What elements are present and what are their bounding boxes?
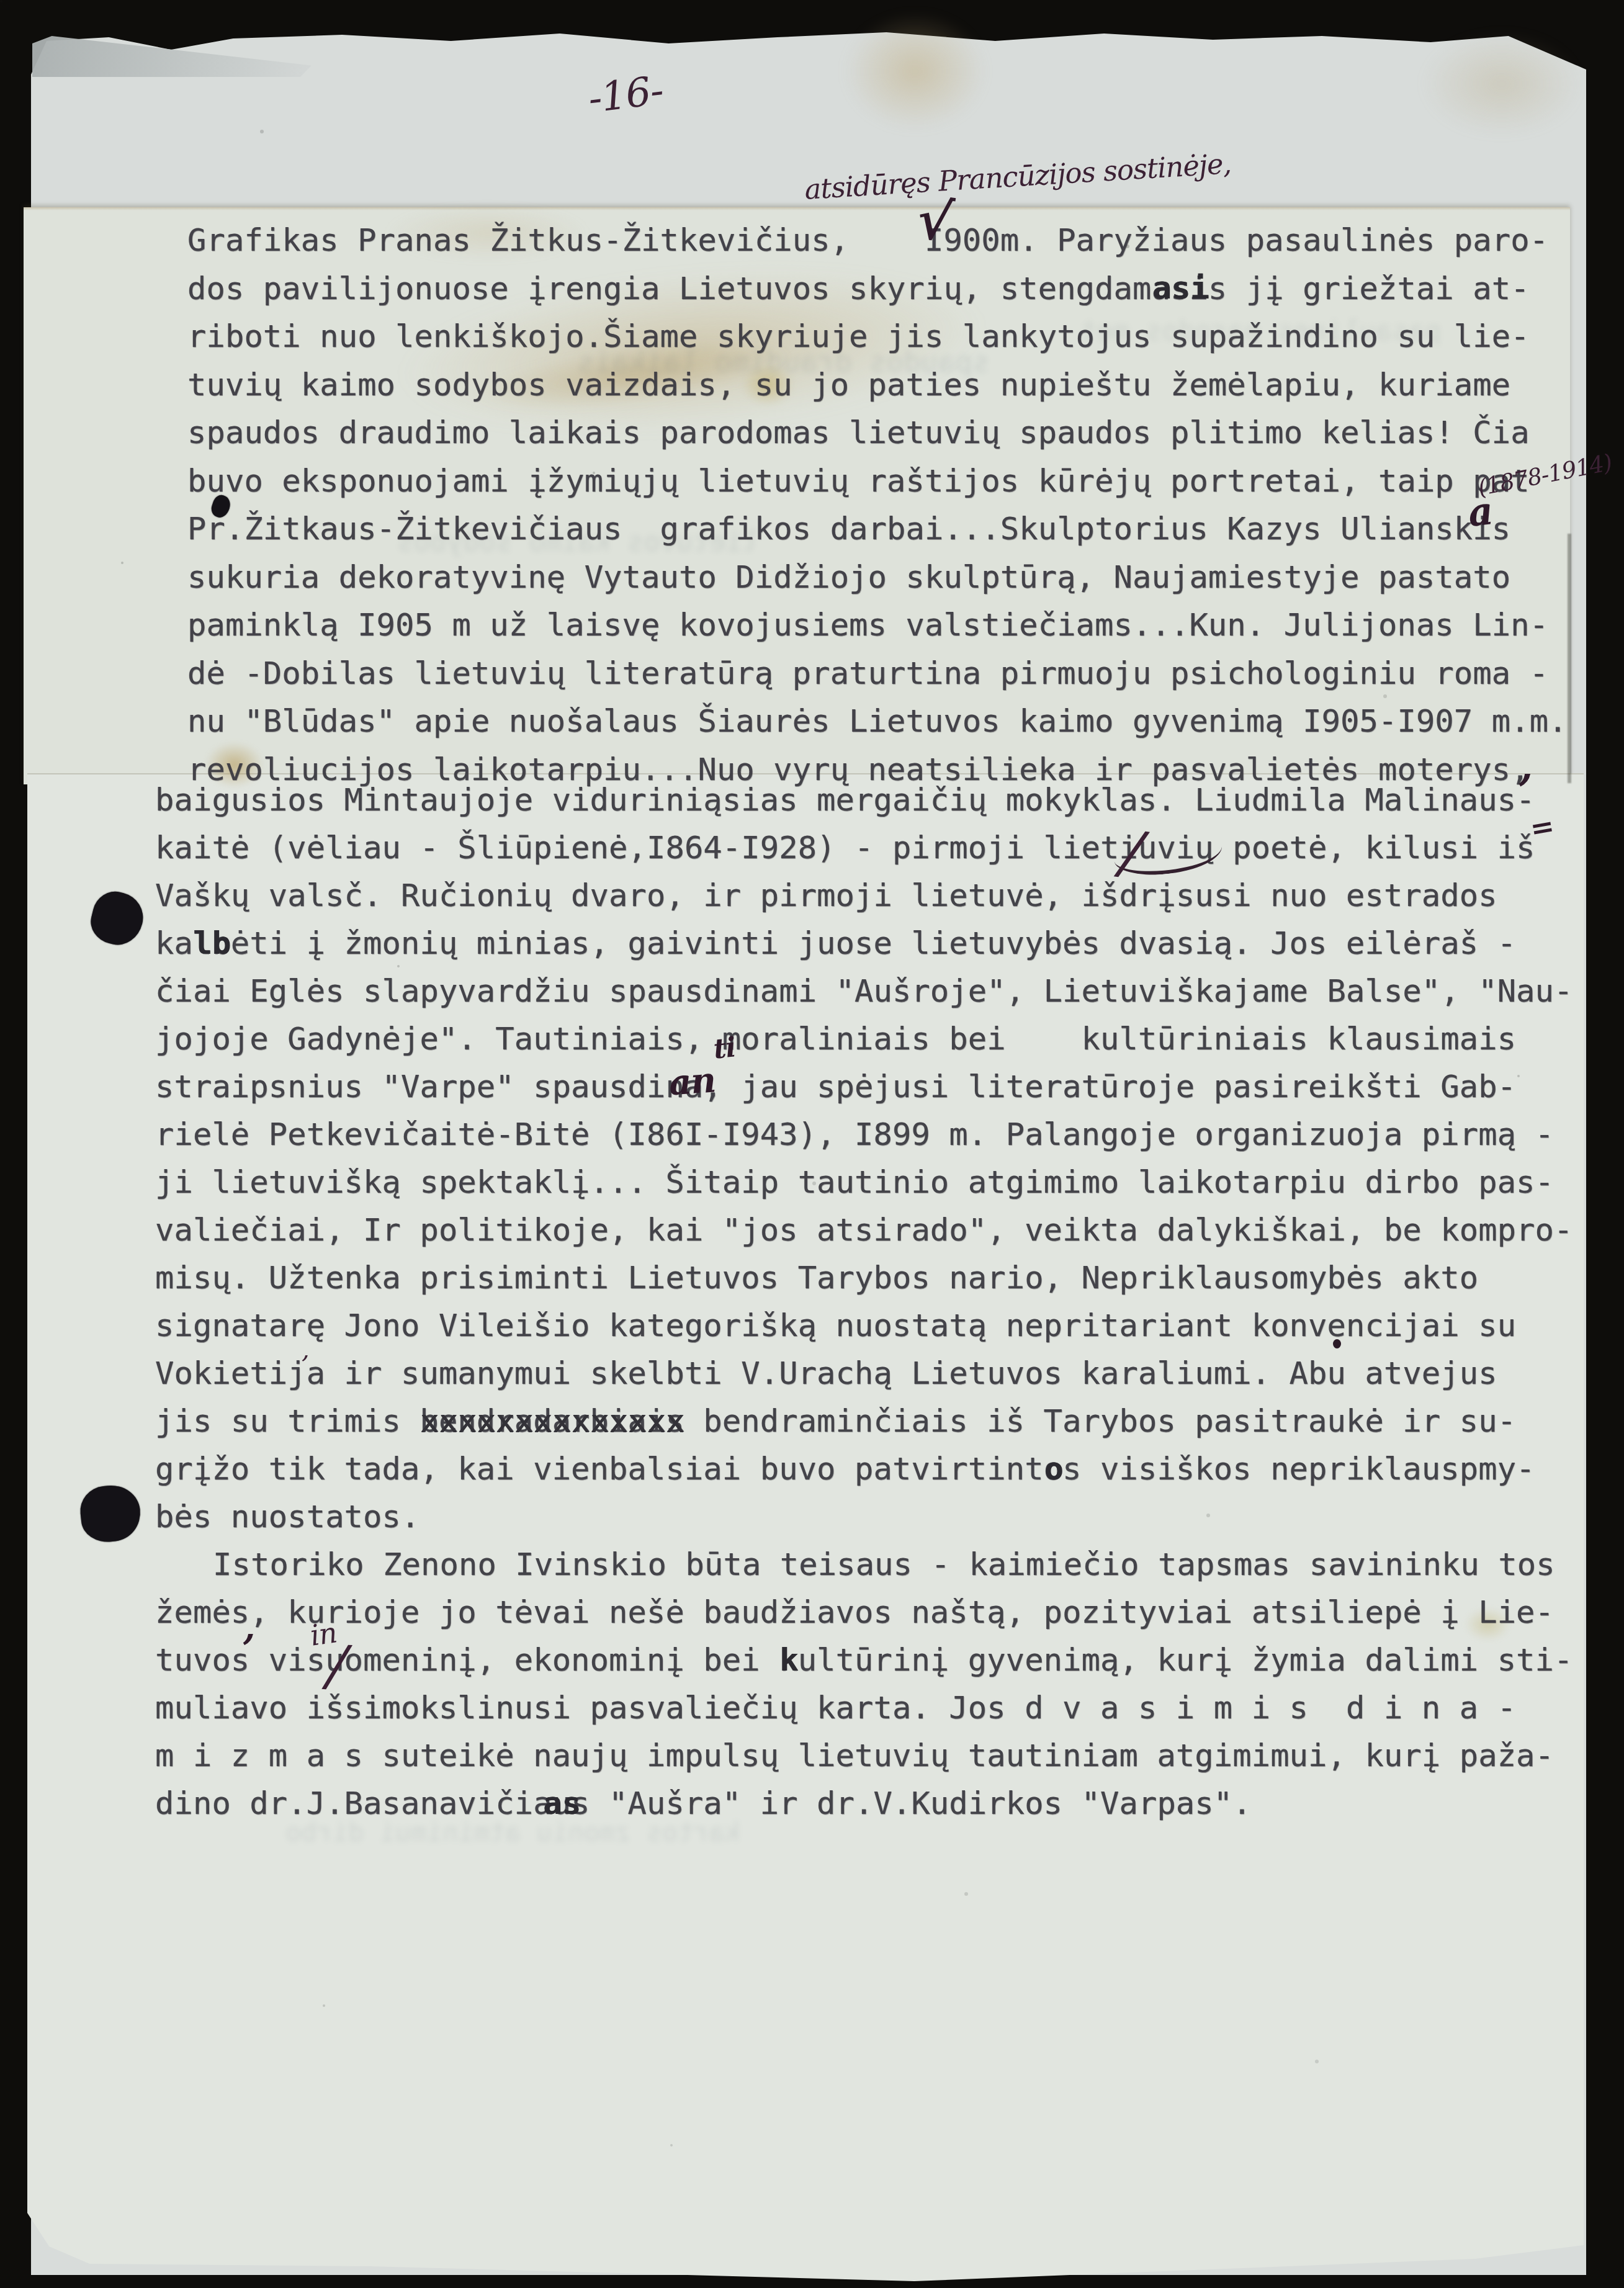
typed-line: nu "Blūdas" apie nuošalaus Šiaurės Lietu… bbox=[187, 704, 1568, 738]
spausdina-insert-ti: ti bbox=[712, 1031, 737, 1065]
typed-line: baigusios Mintaujoje viduriniąsias merga… bbox=[155, 783, 1535, 817]
stengdamasis-overstrike: asi bbox=[1152, 271, 1209, 305]
typed-line: tuvos visuomeninį, ekonominį bei kultūri… bbox=[155, 1643, 1573, 1677]
typed-line: Vaškų valsč. Ručionių dvaro, ir pirmoji … bbox=[155, 879, 1497, 913]
typed-line: signatarę Jono Vileišio kategorišką nuos… bbox=[155, 1309, 1516, 1343]
stain-top-center bbox=[844, 12, 987, 130]
typed-line: jis su trimis bendradarbiais bendraminči… bbox=[155, 1404, 1516, 1438]
dust-speckles bbox=[0, 0, 2, 2]
typed-line: kalbėti į žmonių minias, gaivinti juose … bbox=[155, 926, 1516, 961]
typed-line: Istoriko Zenono Ivinskio būta teisaus - … bbox=[213, 1548, 1555, 1582]
abu-ink-dot bbox=[1333, 1339, 1341, 1348]
typed-line: Pr.Žitkaus-Žitkevičiaus grafikos darbai.… bbox=[187, 512, 1510, 546]
typed-line: žemės, kurioje jo tėvai nešė baudžiavos … bbox=[155, 1595, 1554, 1630]
ulianskis-correction: a bbox=[1466, 488, 1495, 536]
typed-line: Vokietija ir sumanymui skelbti V.Urachą … bbox=[155, 1357, 1497, 1391]
typed-line: rielė Petkevičaitė-Bitė (I86I-I943), I89… bbox=[155, 1118, 1554, 1152]
basanavicius-overstrike: as bbox=[543, 1787, 581, 1821]
typed-line: straipsnius "Varpe" spausdina, jau spėju… bbox=[155, 1070, 1516, 1104]
typed-line: spaudos draudimo laikais parodomas lietu… bbox=[187, 416, 1530, 450]
scanned-typewritten-page: { "ink_colors": { "typewriter": "#3a3940… bbox=[0, 0, 1624, 2288]
sheet-edge-shadow bbox=[1568, 534, 1571, 783]
typed-line: Grafikas Pranas Žitkus-Žitkevičius, I900… bbox=[187, 223, 1548, 258]
typed-line: dė -Dobilas lietuvių literatūrą praturti… bbox=[187, 657, 1548, 691]
typed-line: valiečiai, Ir politikoje, kai "jos atsir… bbox=[155, 1213, 1573, 1247]
typed-line: grįžo tik tada, kai vienbalsiai buvo pat… bbox=[155, 1452, 1535, 1486]
typed-line: čiai Eglės slapyvardžiu spausdinami "Auš… bbox=[155, 974, 1573, 1008]
kalbeti-overstrike: lb bbox=[193, 926, 231, 961]
typed-line: riboti nuo lenkiškojo.Šiame skyriuje jis… bbox=[187, 320, 1530, 354]
typed-line: sukuria dekoratyvinę Vytauto Didžiojo sk… bbox=[187, 560, 1510, 594]
moterys-ink-comma: , bbox=[1519, 743, 1532, 790]
typed-line: m i z m a s suteikė naujų impulsų lietuv… bbox=[155, 1739, 1554, 1773]
zemes-ink-comma: , bbox=[243, 1607, 255, 1648]
typed-line: jojoje Gadynėje". Tautiniais, moraliniai… bbox=[155, 1022, 1516, 1056]
typed-line: dino dr.J.Basanavičiaus "Aušra" ir dr.V.… bbox=[155, 1787, 1252, 1821]
typed-line: muliavo išsimokslinusi pasvaliečių karta… bbox=[155, 1691, 1516, 1725]
typed-line: ji lietuvišką spektaklį... Šitaip tautin… bbox=[155, 1165, 1554, 1200]
typed-line: misų. Užtenka prisiminti Lietuvos Tarybo… bbox=[155, 1261, 1478, 1295]
typed-line: bės nuostatos. bbox=[155, 1500, 419, 1534]
typed-line: kaitė (vėliau - Šliūpienė,I864-I928) - p… bbox=[155, 831, 1535, 865]
typed-line: tuvių kaimo sodybos vaizdais, su jo pati… bbox=[187, 368, 1510, 402]
typed-line: buvo eksponuojami įžymiųjų lietuvių rašt… bbox=[187, 464, 1530, 498]
kulturini-overstruck-k: k bbox=[779, 1643, 798, 1677]
stray-ogonek-mark: , bbox=[302, 1335, 309, 1364]
stain-top-right bbox=[1421, 31, 1582, 137]
strikeout-bendradarbiais: xxxxxxxxxxxxxx bbox=[420, 1404, 684, 1438]
typed-line: dos pavilijonuose įrengia Lietuvos skyri… bbox=[187, 272, 1530, 306]
spausdina-insert-an: an bbox=[668, 1059, 717, 1103]
ghost-smudge-4: kartos zmoniu atminimui dirbo bbox=[285, 1817, 740, 1847]
typed-line: paminklą I905 m už laisvę kovojusiems va… bbox=[187, 608, 1548, 642]
patvirtintos-overstruck-o: o bbox=[1044, 1452, 1063, 1486]
page-number: -16- bbox=[586, 68, 666, 122]
